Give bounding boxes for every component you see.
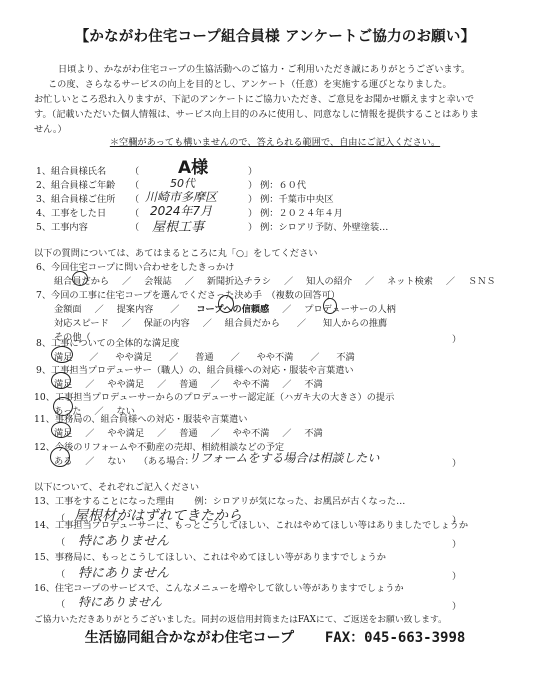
profile-label-address: 3、組合員様ご住所 <box>36 193 115 206</box>
paren-close: ） <box>452 598 461 612</box>
q12-option-no[interactable]: ない <box>107 456 125 467</box>
profile-example-work: ） 例：シロアリ予防、外壁塗装… <box>248 221 388 234</box>
q6-option-referral[interactable]: 知人の紹介 <box>306 276 352 287</box>
q12-detail-answer[interactable]: リフォームをする場合は相談したい <box>188 449 379 466</box>
answer-circle-q7-trust <box>218 295 234 313</box>
q6-option-sns[interactable]: ＳＮＳ <box>468 276 496 287</box>
paren-close: ） <box>452 568 461 582</box>
paren-open: （ <box>130 179 139 192</box>
paren-close: ） <box>452 455 461 469</box>
document-title: 【かながわ住宅コープ組合員様 アンケートご協力のお願い】 <box>0 25 550 46</box>
q11-options: 満足 ／ やや満足 ／ 普通 ／ やや不満 ／ 不満 <box>54 427 323 440</box>
q15-answer[interactable]: 特にありません <box>78 562 169 581</box>
q9-option-somewhat-dissatisfied[interactable]: やや不満 <box>233 379 270 390</box>
q6-label: 6、今回住宅コープに問い合わせをしたきっかけ <box>36 261 234 274</box>
q12-detail-label: （ある場合： <box>139 456 194 467</box>
q7-options-row2: 対応スピード ／ 保証の内容 ／ 組合員だから ／ 知人からの推薦 <box>54 317 387 330</box>
q11-option-somewhat-satisfied[interactable]: やや満足 <box>107 428 144 439</box>
q7-option-warranty[interactable]: 保証の内容 <box>144 318 190 329</box>
paren-open: （ <box>130 207 139 220</box>
profile-label-name: 1、組合員様氏名 <box>36 165 106 178</box>
profile-example-age: ） 例：６０代 <box>248 179 306 192</box>
answer-circle-q11 <box>51 422 71 438</box>
q9-label: 9、工事担当プロデューサー（職人）の、組合員様への対応・服装や言葉遣い <box>36 364 354 377</box>
q7-option-recommend[interactable]: 知人からの推薦 <box>323 318 387 329</box>
q8-option-dissatisfied[interactable]: 不満 <box>336 352 354 363</box>
instruction-circle: 以下の質問については、あてはまるところに丸「○」をしてください <box>34 247 317 260</box>
profile-label-work: 5、工事内容 <box>36 221 88 234</box>
paren-close: ） <box>248 165 257 178</box>
paren-open: （ <box>130 193 139 206</box>
instruction-write: 以下について、それぞれご記入ください <box>34 481 199 494</box>
profile-example-date: ） 例：２０２４年４月 <box>248 207 343 220</box>
q9-option-neutral[interactable]: 普通 <box>179 379 197 390</box>
intro-line-3: お忙しいところ恐れ入りますが、下記のアンケートにご協力いただき、ご意見をお聞かせ… <box>34 92 474 107</box>
profile-label-age: 2、組合員様ご年齢 <box>36 179 115 192</box>
q11-option-neutral[interactable]: 普通 <box>179 428 197 439</box>
profile-value-work[interactable]: 屋根工事 <box>152 216 204 235</box>
intro-line-1: 日頃より、かながわ住宅コープの生協活動へのご協力・ご利用いただき誠にありがとうご… <box>58 62 470 77</box>
q8-options: 満足 ／ やや満足 ／ 普通 ／ やや不満 ／ 不満 <box>54 351 355 364</box>
paren-close: ） <box>452 331 461 345</box>
q9-option-somewhat-satisfied[interactable]: やや満足 <box>107 379 144 390</box>
paren-open: （ <box>130 165 139 178</box>
q12-options: ある ／ ない （ある場合： <box>54 455 194 468</box>
paren-close: ） <box>452 536 461 550</box>
q6-option-web[interactable]: ネット検索 <box>387 276 433 287</box>
intro-line-2: この度、さらなるサービスの向上を目的とし、アンケート（任意）を実施する運びとなり… <box>48 77 452 92</box>
q6-option-newsletter[interactable]: 会報誌 <box>144 276 172 287</box>
fax-number: FAX：045-663-3998 <box>325 630 465 646</box>
q7-option-price[interactable]: 金額面 <box>54 304 82 315</box>
q6-option-flyer[interactable]: 新聞折込チラシ <box>207 276 271 287</box>
q11-option-dissatisfied[interactable]: 不満 <box>304 428 322 439</box>
paren-open: （ <box>56 568 65 581</box>
answer-circle-q7-producer <box>323 298 337 314</box>
answer-circle-q9 <box>51 372 71 389</box>
q9-option-dissatisfied[interactable]: 不満 <box>304 379 322 390</box>
q11-option-somewhat-dissatisfied[interactable]: やや不満 <box>233 428 270 439</box>
answer-circle-q12 <box>50 447 70 467</box>
q16-answer[interactable]: 特にありません <box>78 593 162 610</box>
q7-option-member[interactable]: 組合員だから <box>225 318 280 329</box>
q6-options: 組合員だから ／ 会報誌 ／ 新聞折込チラシ ／ 知人の紹介 ／ ネット検索 ／… <box>54 275 496 288</box>
profile-label-date: 4、工事をした日 <box>36 207 106 220</box>
paren-open: （ <box>56 536 65 549</box>
paren-open: （ <box>56 598 65 611</box>
q9-options: 満足 ／ やや満足 ／ 普通 ／ やや不満 ／ 不満 <box>54 378 323 391</box>
q7-option-producer[interactable]: プロデューサーの人柄 <box>304 304 396 315</box>
q8-option-somewhat-dissatisfied[interactable]: やや不満 <box>257 352 294 363</box>
q14-answer[interactable]: 特にありません <box>78 530 169 549</box>
profile-example-address: ） 例：千葉市中央区 <box>248 193 334 206</box>
q8-option-somewhat-satisfied[interactable]: やや満足 <box>115 352 152 363</box>
q7-option-proposal[interactable]: 提案内容 <box>117 304 154 315</box>
survey-document: 【かながわ住宅コープ組合員様 アンケートご協力のお願い】 日頃より、かながわ住宅… <box>0 0 550 680</box>
footer-thanks: ご協力いただきありがとうございました。同封の返信用封筒またはFAXにて、ご返送を… <box>34 612 447 625</box>
answer-circle-q8 <box>51 346 73 363</box>
q10-label: 10、工事担当プロデューサーからのプロデューサー認定証（ハガキ大の大きさ）の提示 <box>34 391 394 404</box>
q7-option-speed[interactable]: 対応スピード <box>54 318 109 329</box>
answer-circle-q6 <box>72 271 88 286</box>
q7-label: 7、今回の工事に住宅コープを選んでくださった決め手 （複数の回答可） <box>36 289 340 302</box>
intro-line-4: す。（記載いただいた個人情報は、サービス向上目的のみに使用し、同意なしに情報を提… <box>34 107 479 122</box>
org-name: 生活協同組合かながわ住宅コープ <box>85 630 294 646</box>
q8-option-neutral[interactable]: 普通 <box>195 352 213 363</box>
instruction-note: ＊空欄があっても構いませんので、答えられる範囲で、自由にご記入ください。 <box>0 134 550 148</box>
note-text: ＊空欄があっても構いませんので、答えられる範囲で、自由にご記入ください。 <box>110 137 440 148</box>
footer-organization: 生活協同組合かながわ住宅コープ FAX：045-663-3998 <box>0 627 550 647</box>
paren-open: （ <box>130 221 139 234</box>
